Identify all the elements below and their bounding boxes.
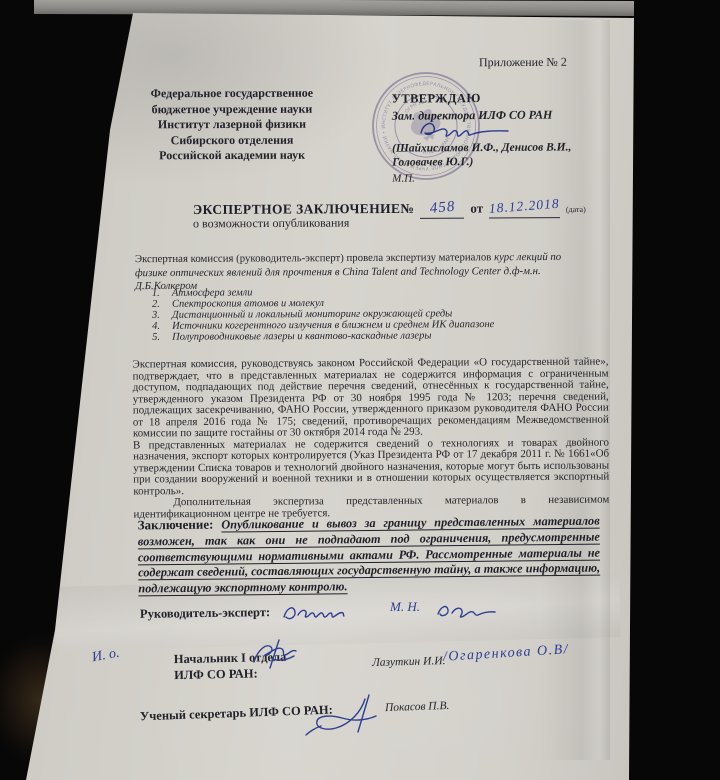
org-line: Российской академии наук [136, 148, 328, 164]
intro-lead: Экспертная комиссия (руководитель-экспер… [135, 251, 494, 265]
org-line: Институт лазерной физики [136, 117, 328, 133]
list-item: 5.Полупроводниковые лазеры и квантово-ка… [152, 331, 494, 344]
date-note: (дата) [566, 205, 586, 214]
document-subtitle: о возможности опубликования [193, 216, 349, 232]
document-number-slot: 458 [420, 200, 464, 219]
document-paper: Приложение № 2 Федеральное государственн… [0, 0, 720, 780]
secretary-signature [303, 692, 383, 736]
photo-of-document: { "photo": { "background": "#070707", "t… [0, 0, 720, 780]
body-paragraphs: Экспертная комиссия, руководствуясь зако… [133, 357, 610, 521]
background-edge-strip [34, 0, 634, 16]
conclusion-block: Заключение: Опубликование и вывоз за гра… [138, 513, 601, 598]
org-line: Сибирского отделения [136, 132, 328, 148]
round-stamp: ФЕДЕРАЛЬНОЕ ГОСУДАРСТВЕННОЕ БЮДЖЕТНОЕ УЧ… [368, 68, 484, 184]
expert-signature: М. Н. [278, 596, 523, 626]
org-line: бюджетное учреждение науки [136, 101, 328, 117]
expert-label: Руководитель-эксперт: [140, 605, 270, 622]
stamp-eagle-emblem [407, 107, 444, 145]
conclusion-label: Заключение: [138, 517, 214, 533]
acting-note-handwritten: И. о. [91, 646, 121, 667]
organization-name: Федеральное государственное бюджетное уч… [136, 86, 328, 165]
department-head-name: Лазуткин И.И. [372, 655, 446, 669]
paragraph-dual-use: В представленных материалах не содержитс… [133, 437, 609, 497]
paragraph-secrecy: Экспертная комиссия, руководствуясь зако… [133, 357, 609, 440]
document-date-slot: 18.12.2018 [489, 199, 560, 218]
org-line: Федеральное государственное [136, 86, 328, 102]
document-date-handwritten: 18.12.2018 [488, 196, 560, 217]
department-signature [246, 636, 306, 672]
expert-initials-handwritten: М. Н. [389, 599, 420, 614]
secretary-name: Покасов П.В. [385, 700, 450, 714]
annex-label: Приложение № 2 [479, 55, 567, 70]
topics-list: 1.Атмосфера земли 2.Спектроскопия атомов… [152, 287, 495, 343]
document-number-handwritten: 458 [429, 199, 456, 218]
title-of-word: от [470, 201, 483, 217]
